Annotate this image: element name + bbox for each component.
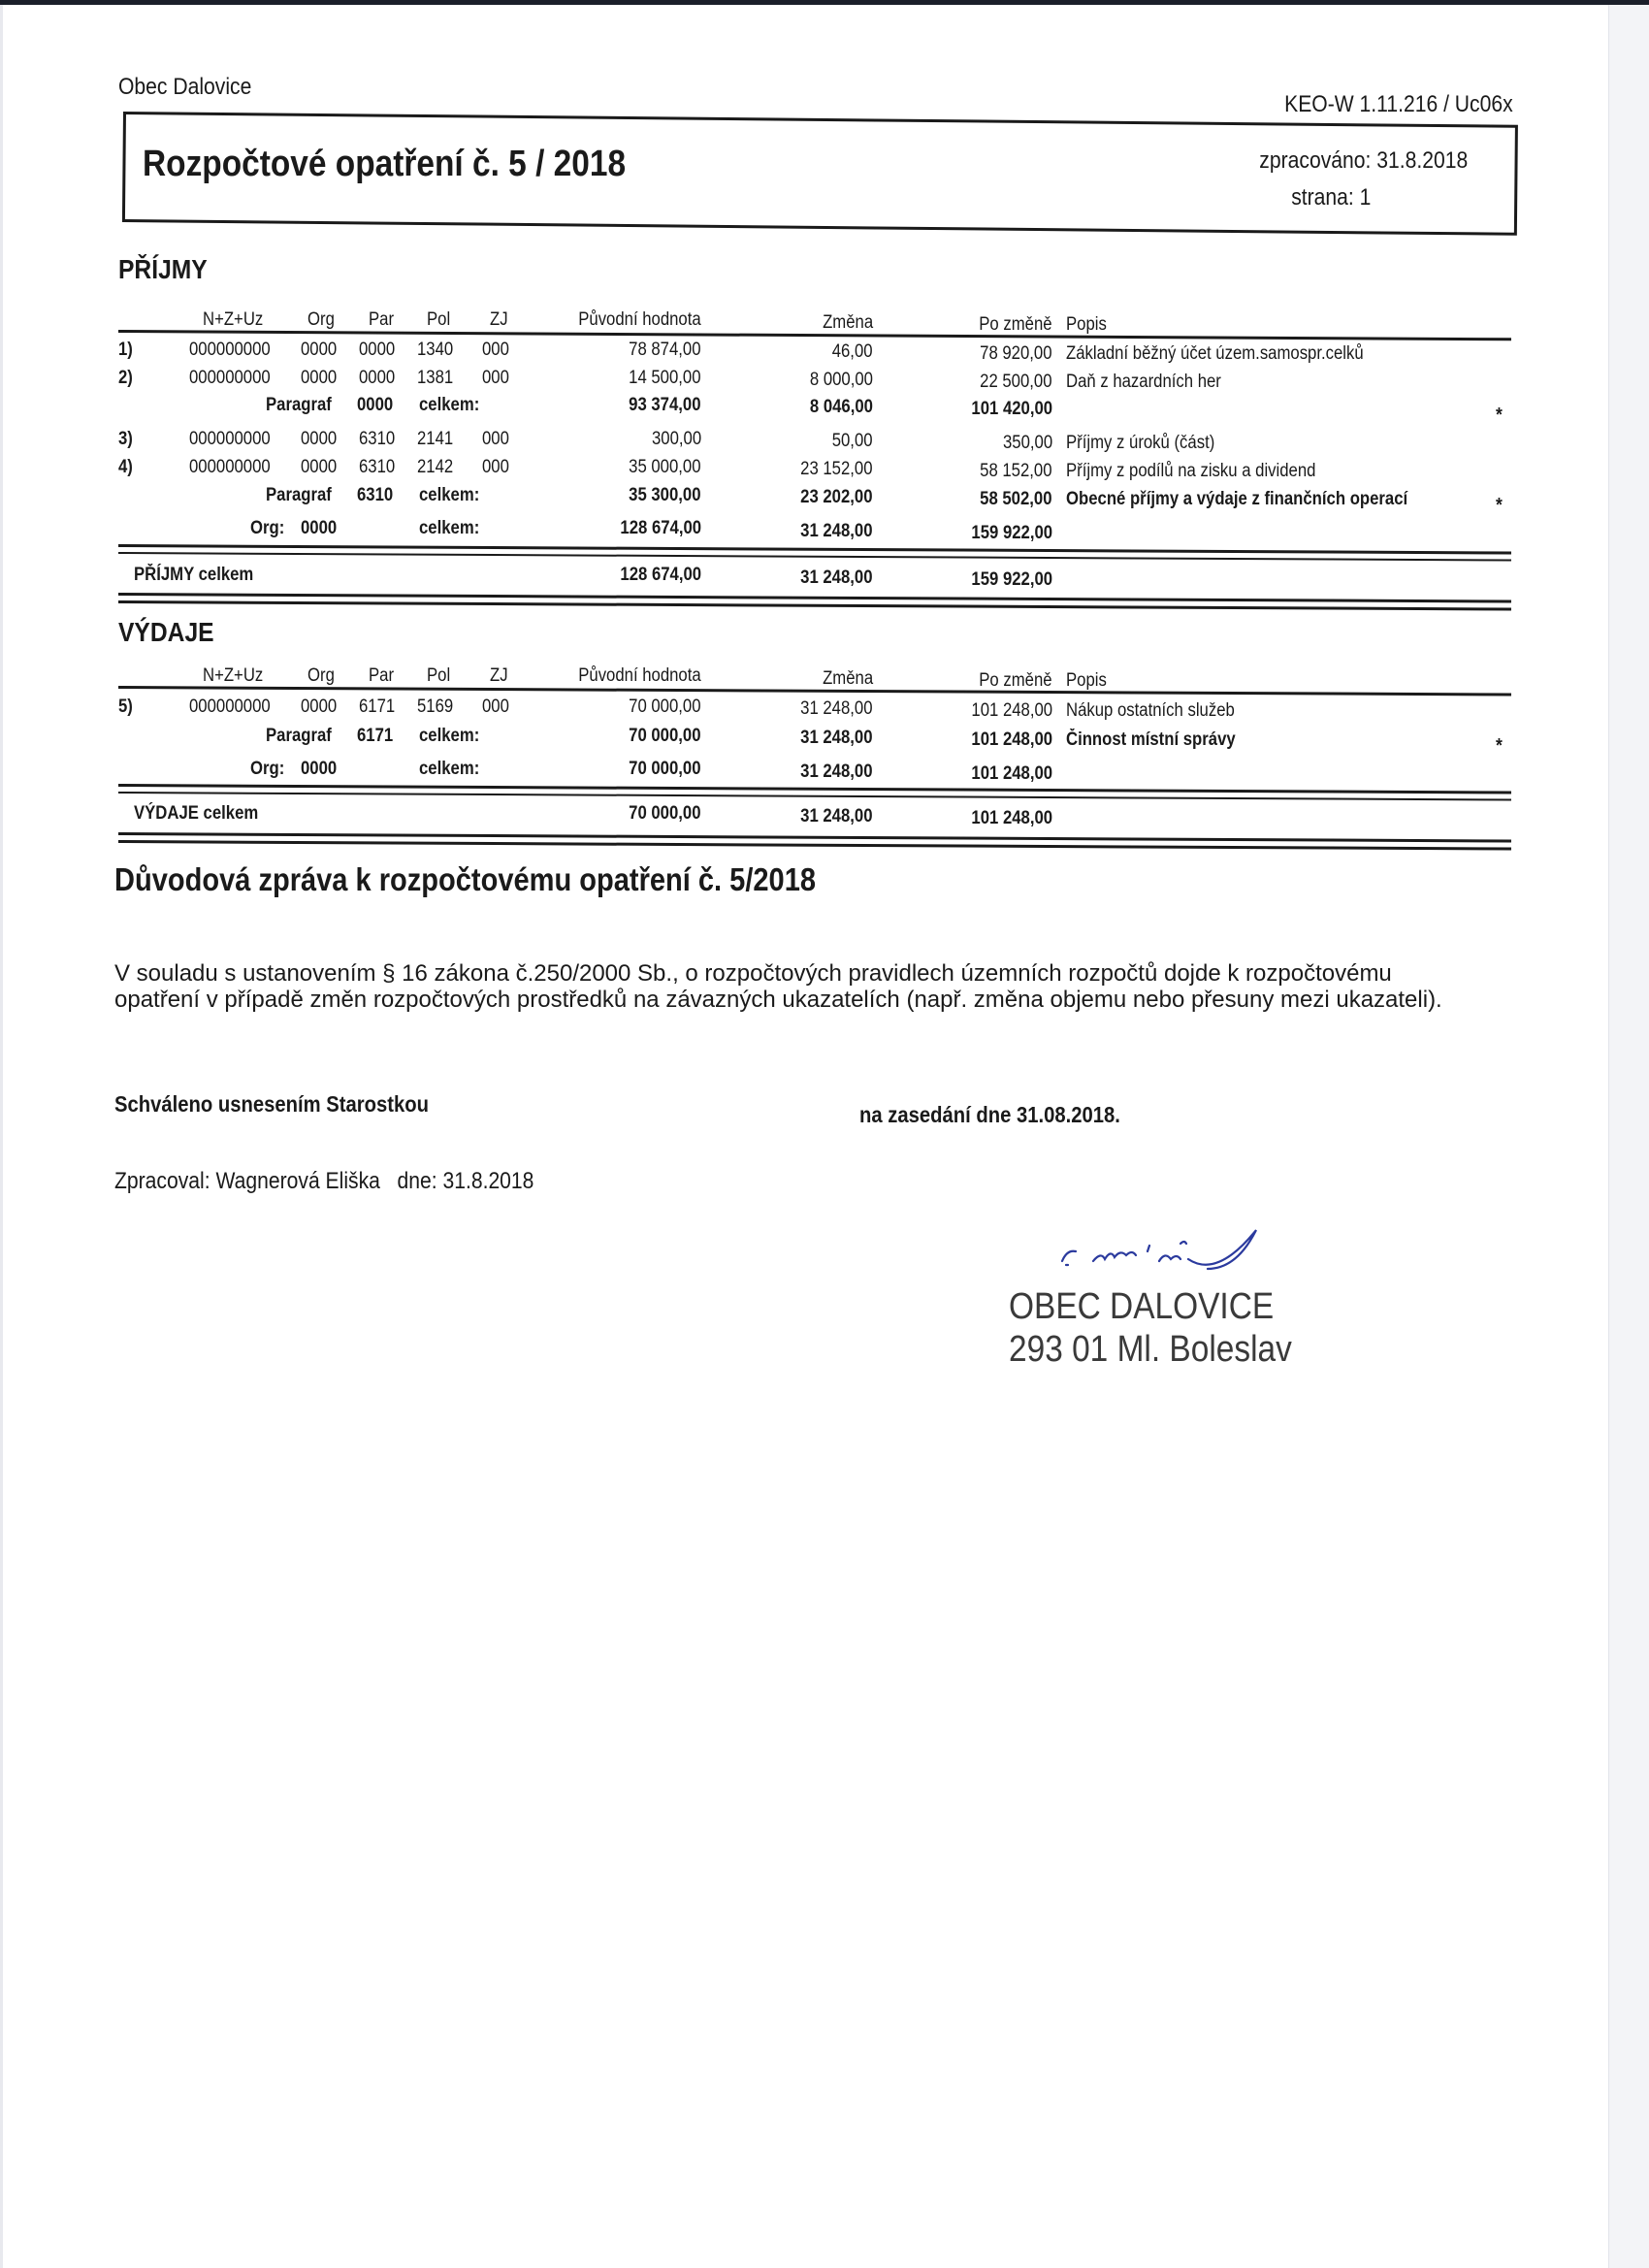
asterisk-mark: * <box>1496 405 1503 427</box>
pol-value: 2142 <box>417 457 458 478</box>
scan-edge-left <box>0 5 3 2268</box>
signature-icon <box>1043 1222 1276 1280</box>
nzuz-value: 000000000 <box>189 429 281 450</box>
column-header-change: Změna <box>816 312 873 334</box>
asterisk-mark: * <box>1496 735 1503 758</box>
org-value: 0000 <box>301 368 341 389</box>
after-value: 350,00 <box>996 433 1052 454</box>
asterisk-mark: * <box>1496 495 1503 517</box>
pol-value: 2141 <box>417 429 458 450</box>
after-value: 159 922,00 <box>960 569 1052 591</box>
column-header-org: Org <box>307 309 339 331</box>
paragraph-label: Paragraf <box>266 726 340 747</box>
after-value: 22 500,00 <box>970 372 1052 393</box>
row-number: 1) <box>118 340 135 361</box>
pol-value: 1381 <box>417 368 458 389</box>
change-value: 31 248,00 <box>791 567 873 589</box>
zj-value: 000 <box>482 457 513 478</box>
official-stamp: OBEC DALOVICE 293 01 Ml. Boleslav <box>1009 1285 1331 1371</box>
par-value: 6171 <box>359 697 400 718</box>
original-value: 35 000,00 <box>619 457 701 478</box>
description-value: Daň z hazardních her <box>1066 372 1243 393</box>
par-value: 6310 <box>359 429 400 450</box>
paragraph-code: 6171 <box>357 726 398 747</box>
paragraph-code: 0000 <box>357 395 398 416</box>
column-header-description: Popis <box>1066 670 1113 692</box>
zj-value: 000 <box>482 368 513 389</box>
org-total-code: 0000 <box>301 759 341 780</box>
column-header-description: Popis <box>1066 314 1113 336</box>
change-value: 31 248,00 <box>791 521 873 542</box>
zj-value: 000 <box>482 697 513 718</box>
page-number: strana: 1 <box>1280 184 1371 211</box>
nzuz-value: 000000000 <box>189 340 281 361</box>
nzuz-value: 000000000 <box>189 697 281 718</box>
pol-value: 5169 <box>417 697 458 718</box>
original-value: 14 500,00 <box>619 368 701 389</box>
org-total-label: Org: <box>250 759 289 780</box>
paragraph-suffix: celkem: <box>419 726 488 747</box>
nzuz-value: 000000000 <box>189 457 281 478</box>
after-value: 58 502,00 <box>970 489 1052 510</box>
pol-value: 1340 <box>417 340 458 361</box>
processed-date: zpracováno: 31.8.2018 <box>1231 147 1468 175</box>
organization-name: Obec Dalovice <box>118 74 270 101</box>
change-value: 46,00 <box>826 341 873 363</box>
paragraph-suffix: celkem: <box>419 395 488 416</box>
column-header-par: Par <box>369 309 398 331</box>
par-value: 0000 <box>359 340 400 361</box>
description-value: Nákup ostatních služeb <box>1066 700 1258 722</box>
description-value: Příjmy z podílů na zisku a dividend <box>1066 461 1350 482</box>
row-number: 5) <box>118 697 135 718</box>
par-value: 6310 <box>359 457 400 478</box>
change-value: 31 248,00 <box>791 761 873 783</box>
column-header-nzuz: N+Z+Uz <box>203 309 272 331</box>
org-total-code: 0000 <box>301 518 341 539</box>
change-value: 50,00 <box>826 431 873 452</box>
change-value: 23 152,00 <box>791 459 873 480</box>
grand-total-label: VÝDAJE celkem <box>134 803 275 825</box>
table-rule <box>118 840 1511 851</box>
description-value: Základní běžný účet územ.samospr.celků <box>1066 343 1405 365</box>
prepared-by: Zpracoval: Wagnerová Eliška dne: 31.8.20… <box>114 1168 591 1195</box>
after-value: 78 920,00 <box>970 343 1052 365</box>
after-value: 159 922,00 <box>960 523 1052 544</box>
justification-title: Důvodová zpráva k rozpočtovému opatření … <box>114 861 912 898</box>
org-total-suffix: celkem: <box>419 518 488 539</box>
org-value: 0000 <box>301 429 341 450</box>
original-value: 300,00 <box>645 429 701 450</box>
original-value: 93 374,00 <box>619 395 701 416</box>
org-value: 0000 <box>301 457 341 478</box>
after-value: 101 248,00 <box>960 763 1052 785</box>
table-rule <box>118 552 1511 562</box>
income-title: PŘÍJMY <box>118 254 219 285</box>
change-value: 8 046,00 <box>801 397 873 418</box>
column-header-change: Změna <box>816 668 873 690</box>
original-value: 70 000,00 <box>619 697 701 718</box>
column-header-par: Par <box>369 665 398 687</box>
original-value: 128 674,00 <box>609 565 701 586</box>
column-header-pol: Pol <box>427 309 453 331</box>
zj-value: 000 <box>482 429 513 450</box>
change-value: 23 202,00 <box>791 487 873 508</box>
paragraph-label: Paragraf <box>266 485 340 506</box>
column-header-zj: ZJ <box>490 665 510 687</box>
after-value: 101 248,00 <box>960 700 1052 722</box>
org-total-label: Org: <box>250 518 289 539</box>
grand-total-label: PŘÍJMY celkem <box>134 565 270 586</box>
original-value: 70 000,00 <box>619 759 701 780</box>
paragraph-code: 6310 <box>357 485 398 506</box>
paragraph-suffix: celkem: <box>419 485 488 506</box>
zj-value: 000 <box>482 340 513 361</box>
expense-title: VÝDAJE <box>118 617 227 648</box>
table-rule <box>118 600 1511 611</box>
column-header-original: Původní hodnota <box>562 665 701 687</box>
row-number: 4) <box>118 457 135 478</box>
paragraph-description: Činnost místní správy <box>1066 729 1259 751</box>
column-header-nzuz: N+Z+Uz <box>203 665 272 687</box>
row-number: 2) <box>118 368 135 389</box>
par-value: 0000 <box>359 368 400 389</box>
after-value: 58 152,00 <box>970 461 1052 482</box>
org-value: 0000 <box>301 697 341 718</box>
scan-edge-right <box>1608 5 1649 2268</box>
column-header-after: Po změně <box>969 314 1052 336</box>
org-total-suffix: celkem: <box>419 759 488 780</box>
nzuz-value: 000000000 <box>189 368 281 389</box>
column-header-org: Org <box>307 665 339 687</box>
paragraph-description: Obecné příjmy a výdaje z finančních oper… <box>1066 489 1454 510</box>
original-value: 78 874,00 <box>619 340 701 361</box>
after-value: 101 248,00 <box>960 729 1052 751</box>
after-value: 101 420,00 <box>960 399 1052 420</box>
row-number: 3) <box>118 429 135 450</box>
original-value: 70 000,00 <box>619 803 701 825</box>
org-value: 0000 <box>301 340 341 361</box>
paragraph-label: Paragraf <box>266 395 340 416</box>
justification-text: V souladu s ustanovením § 16 zákona č.25… <box>114 960 1472 1013</box>
column-header-pol: Pol <box>427 665 453 687</box>
scan-edge-top <box>0 0 1649 5</box>
change-value: 31 248,00 <box>791 806 873 827</box>
original-value: 70 000,00 <box>619 726 701 747</box>
description-value: Příjmy z úroků (část) <box>1066 433 1235 454</box>
original-value: 35 300,00 <box>619 485 701 506</box>
meeting-date: na zasedání dne 31.08.2018. <box>859 1102 1156 1128</box>
change-value: 31 248,00 <box>791 728 873 749</box>
original-value: 128 674,00 <box>609 518 701 539</box>
after-value: 101 248,00 <box>960 808 1052 829</box>
column-header-zj: ZJ <box>490 309 510 331</box>
change-value: 31 248,00 <box>791 698 873 720</box>
software-version: KEO-W 1.11.216 / Uc06x <box>1253 91 1513 118</box>
change-value: 8 000,00 <box>801 370 873 391</box>
document-title: Rozpočtové opatření č. 5 / 2018 <box>143 144 692 185</box>
column-header-after: Po změně <box>969 670 1052 692</box>
approval-text: Schváleno usnesením Starostkou <box>114 1091 471 1118</box>
table-rule <box>118 792 1511 801</box>
column-header-original: Původní hodnota <box>562 309 701 331</box>
